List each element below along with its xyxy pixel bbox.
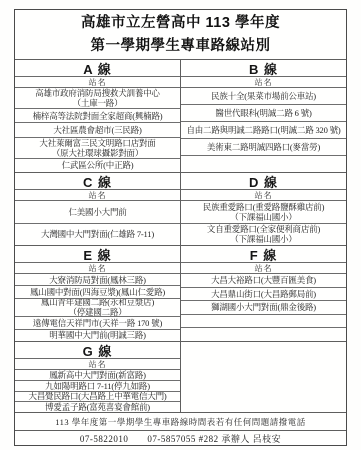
station-column-header: 站名 (181, 190, 346, 201)
station-name-text: 民族十全(果菜市場前公車站) (211, 91, 316, 101)
station-name-text: （下課福山國小） (230, 234, 296, 244)
line-d-rows: 民族重愛路口(重愛路鹽酥雞店前)（下課福山國小）文自重愛路口(全家便利商店前)（… (181, 201, 346, 245)
station-row: 獅湖國小大門對面(鼎金後路) (181, 301, 346, 315)
station-row: 仁武區公所(中正路) (15, 159, 180, 172)
empty-cell (180, 342, 346, 412)
station-row: 九如陽明路口 7-11(停九如路) (15, 381, 180, 392)
line-b-header: B 線 (181, 60, 346, 77)
station-row: 自由二路與明誠二路路口(明誠二路 320 號) (181, 122, 346, 139)
station-column-header: 站名 (181, 77, 346, 88)
station-row: 高雄市政府消防局搜救犬訓養中心（土庫一路） (15, 88, 180, 109)
station-name-text: 大昌覺民路口(大昌路上中華電信大門) (28, 392, 166, 402)
station-row: 楠梓高等法院對面全家超商(興楠路) (15, 109, 180, 123)
line-f-block: F 線站名大昌大裕路口(大豐百匯美食)大昌鼎山街口(大昌路郵局前)獅湖國小大門對… (180, 246, 346, 341)
station-row: 大寮消防局對面(鳳林三路) (15, 274, 180, 286)
section-line-a-line-b: A 線站名高雄市政府消防局搜救犬訓養中心（土庫一路）楠梓高等法院對面全家超商(興… (15, 59, 346, 172)
station-name-text: 大社萊爾富三民文明路口店對面 (39, 138, 155, 148)
station-name-text: 仁美國小大門前 (68, 207, 126, 217)
document-page: 高雄市立左營高中 113 學年度 第一學期學生專車路線站別 A 線站名高雄市政府… (0, 0, 361, 450)
station-row: 大昌覺民路口(大昌路上中華電信大門) (15, 392, 180, 403)
station-row: 民族十全(果菜市場前公車站) (181, 88, 346, 105)
line-a-header: A 線 (15, 60, 180, 77)
section-line-c-line-d: C 線站名仁美國小大門前大灣國中大門對面(仁雄路 7-11)D 線站名民族重愛路… (15, 172, 346, 245)
line-g-header: G 線 (15, 342, 180, 359)
station-row: 大昌大裕路口(大豐百匯美食) (181, 274, 346, 288)
station-name-text: 文自重愛路口(全家便利商店前) (207, 224, 320, 234)
station-row: 大社萊爾富三民文明路口店對面（原大社環球攝影對面） (15, 138, 180, 159)
line-d-header: D 線 (181, 173, 346, 190)
title-line-2: 第一學期學生專車路線站別 (91, 35, 271, 57)
empty-station-row (181, 156, 346, 172)
section-line-e-line-f: E 線站名大寮消防局對面(鳳林三路)鳳山國中對面(四海豆漿)(鳳山仁愛路)鳳山青… (15, 245, 346, 341)
station-name-text: 鳳山青年建國二路(永和豆漿店) (41, 299, 154, 308)
station-name-text: 醫世代眼科(明誠二路 6 號) (215, 108, 311, 118)
station-name-text: 仁武區公所(中正路) (62, 160, 134, 170)
line-c-block: C 線站名仁美國小大門前大灣國中大門對面(仁雄路 7-11) (15, 173, 180, 245)
station-row: 仁美國小大門前 (15, 201, 180, 224)
station-row: 博愛孟子路(富苑喜宴會館前) (15, 402, 180, 412)
station-name-text: 高雄市政府消防局搜救犬訓養中心 (35, 88, 160, 98)
line-d-block: D 線站名民族重愛路口(重愛路鹽酥雞店前)（下課福山國小）文自重愛路口(全家便利… (180, 173, 346, 245)
line-a-rows: 高雄市政府消防局搜救犬訓養中心（土庫一路）楠梓高等法院對面全家超商(興楠路)大社… (15, 88, 180, 172)
station-name-text: 大昌大裕路口(大豐百匯美食) (211, 275, 316, 285)
station-name-text: 博愛孟子路(富苑喜宴會館前) (45, 402, 150, 412)
footer-contact: 07-5822010 07-5857055 #282 承辦人 呂枝安 (15, 430, 346, 445)
station-row: 鳳新高中大門對面(新富路) (15, 370, 180, 381)
station-name-text: （原大社環球攝影對面） (52, 148, 143, 158)
document-title: 高雄市立左營高中 113 學年度 第一學期學生專車路線站別 (15, 10, 346, 59)
title-line-1: 高雄市立左營高中 113 學年度 (81, 12, 280, 34)
station-name-text: 楠梓高等法院對面全家超商(興楠路) (33, 111, 163, 121)
station-column-header: 站名 (15, 190, 180, 201)
station-column-header: 站名 (181, 263, 346, 274)
line-g-rows: 鳳新高中大門對面(新富路)九如陽明路口 7-11(停九如路)大昌覺民路口(大昌路… (15, 370, 180, 412)
station-name-text: 九如陽明路口 7-11(停九如路) (45, 381, 150, 391)
station-name-text: 鳳山國中對面(四海豆漿)(鳳山仁愛路) (30, 287, 165, 297)
station-name-text: 美術東二路明誠四路口(麥當勞) (207, 142, 320, 152)
station-name-text: 遠傳電信天祥門市(天祥一路 170 號) (33, 318, 162, 328)
footer-notice: 113 學年度第一學期學生專車路線時間表若有任何問題請撥電話 (15, 412, 346, 430)
station-row: 民族重愛路口(重愛路鹽酥雞店前)（下課福山國小） (181, 201, 346, 224)
empty-station-row (181, 328, 346, 341)
line-b-block: B 線站名民族十全(果菜市場前公車站)醫世代眼科(明誠二路 6 號)自由二路與明… (180, 60, 346, 172)
station-row: 明華國中大門前(明誠三路) (15, 330, 180, 341)
station-name-text: 民族重愛路口(重愛路鹽酥雞店前) (203, 202, 324, 212)
station-name-text: 明華國中大門前(明誠三路) (49, 330, 146, 340)
line-b-rows: 民族十全(果菜市場前公車站)醫世代眼科(明誠二路 6 號)自由二路與明誠二路路口… (181, 88, 346, 172)
empty-station-row (181, 315, 346, 329)
station-name-text: 自由二路與明誠二路路口(明誠二路 320 號) (186, 125, 340, 135)
station-name-text: 大昌鼎山街口(大昌路郵局前) (211, 289, 316, 299)
station-row: 鳳山青年建國二路(永和豆漿店)（停建國二路） (15, 299, 180, 318)
line-a-block: A 線站名高雄市政府消防局搜救犬訓養中心（土庫一路）楠梓高等法院對面全家超商(興… (15, 60, 180, 172)
line-f-header: F 線 (181, 246, 346, 263)
station-name-text: 大灣國中大門對面(仁雄路 7-11) (41, 229, 154, 239)
line-e-rows: 大寮消防局對面(鳳林三路)鳳山國中對面(四海豆漿)(鳳山仁愛路)鳳山青年建國二路… (15, 274, 180, 341)
station-name-text: 鳳新高中大門對面(新富路) (49, 370, 146, 380)
station-name-text: （停建國二路） (68, 307, 126, 317)
line-g-block: G 線站名鳳新高中大門對面(新富路)九如陽明路口 7-11(停九如路)大昌覺民路… (15, 342, 180, 412)
station-name-text: 大社區農會超市(三民路) (53, 125, 141, 135)
station-column-header: 站名 (15, 359, 180, 370)
line-c-rows: 仁美國小大門前大灣國中大門對面(仁雄路 7-11) (15, 201, 180, 245)
station-column-header: 站名 (15, 263, 180, 274)
station-name-text: （土庫一路） (73, 98, 123, 108)
station-row: 鳳山國中對面(四海豆漿)(鳳山仁愛路) (15, 286, 180, 298)
station-row: 大社區農會超市(三民路) (15, 123, 180, 137)
station-name-text: 大寮消防局對面(鳳林三路) (49, 275, 146, 285)
station-column-header: 站名 (15, 77, 180, 88)
station-name-text: 獅湖國小大門對面(鼎金後路) (211, 302, 316, 312)
station-row: 大昌鼎山街口(大昌路郵局前) (181, 288, 346, 302)
station-row: 醫世代眼科(明誠二路 6 號) (181, 105, 346, 122)
route-table: A 線站名高雄市政府消防局搜救犬訓養中心（土庫一路）楠梓高等法院對面全家超商(興… (15, 59, 346, 412)
line-e-header: E 線 (15, 246, 180, 263)
station-name-text: （下課福山國小） (230, 212, 296, 222)
line-c-header: C 線 (15, 173, 180, 190)
section-line-g-empty: G 線站名鳳新高中大門對面(新富路)九如陽明路口 7-11(停九如路)大昌覺民路… (15, 341, 346, 412)
station-row: 美術東二路明誠四路口(麥當勞) (181, 139, 346, 156)
station-row: 文自重愛路口(全家便利商店前)（下課福山國小） (181, 224, 346, 246)
station-row: 大灣國中大門對面(仁雄路 7-11) (15, 224, 180, 246)
station-row: 遠傳電信天祥門市(天祥一路 170 號) (15, 317, 180, 329)
line-e-block: E 線站名大寮消防局對面(鳳林三路)鳳山國中對面(四海豆漿)(鳳山仁愛路)鳳山青… (15, 246, 180, 341)
line-f-rows: 大昌大裕路口(大豐百匯美食)大昌鼎山街口(大昌路郵局前)獅湖國小大門對面(鼎金後… (181, 274, 346, 341)
bus-route-schedule-document: 高雄市立左營高中 113 學年度 第一學期學生專車路線站別 A 線站名高雄市政府… (14, 9, 347, 446)
